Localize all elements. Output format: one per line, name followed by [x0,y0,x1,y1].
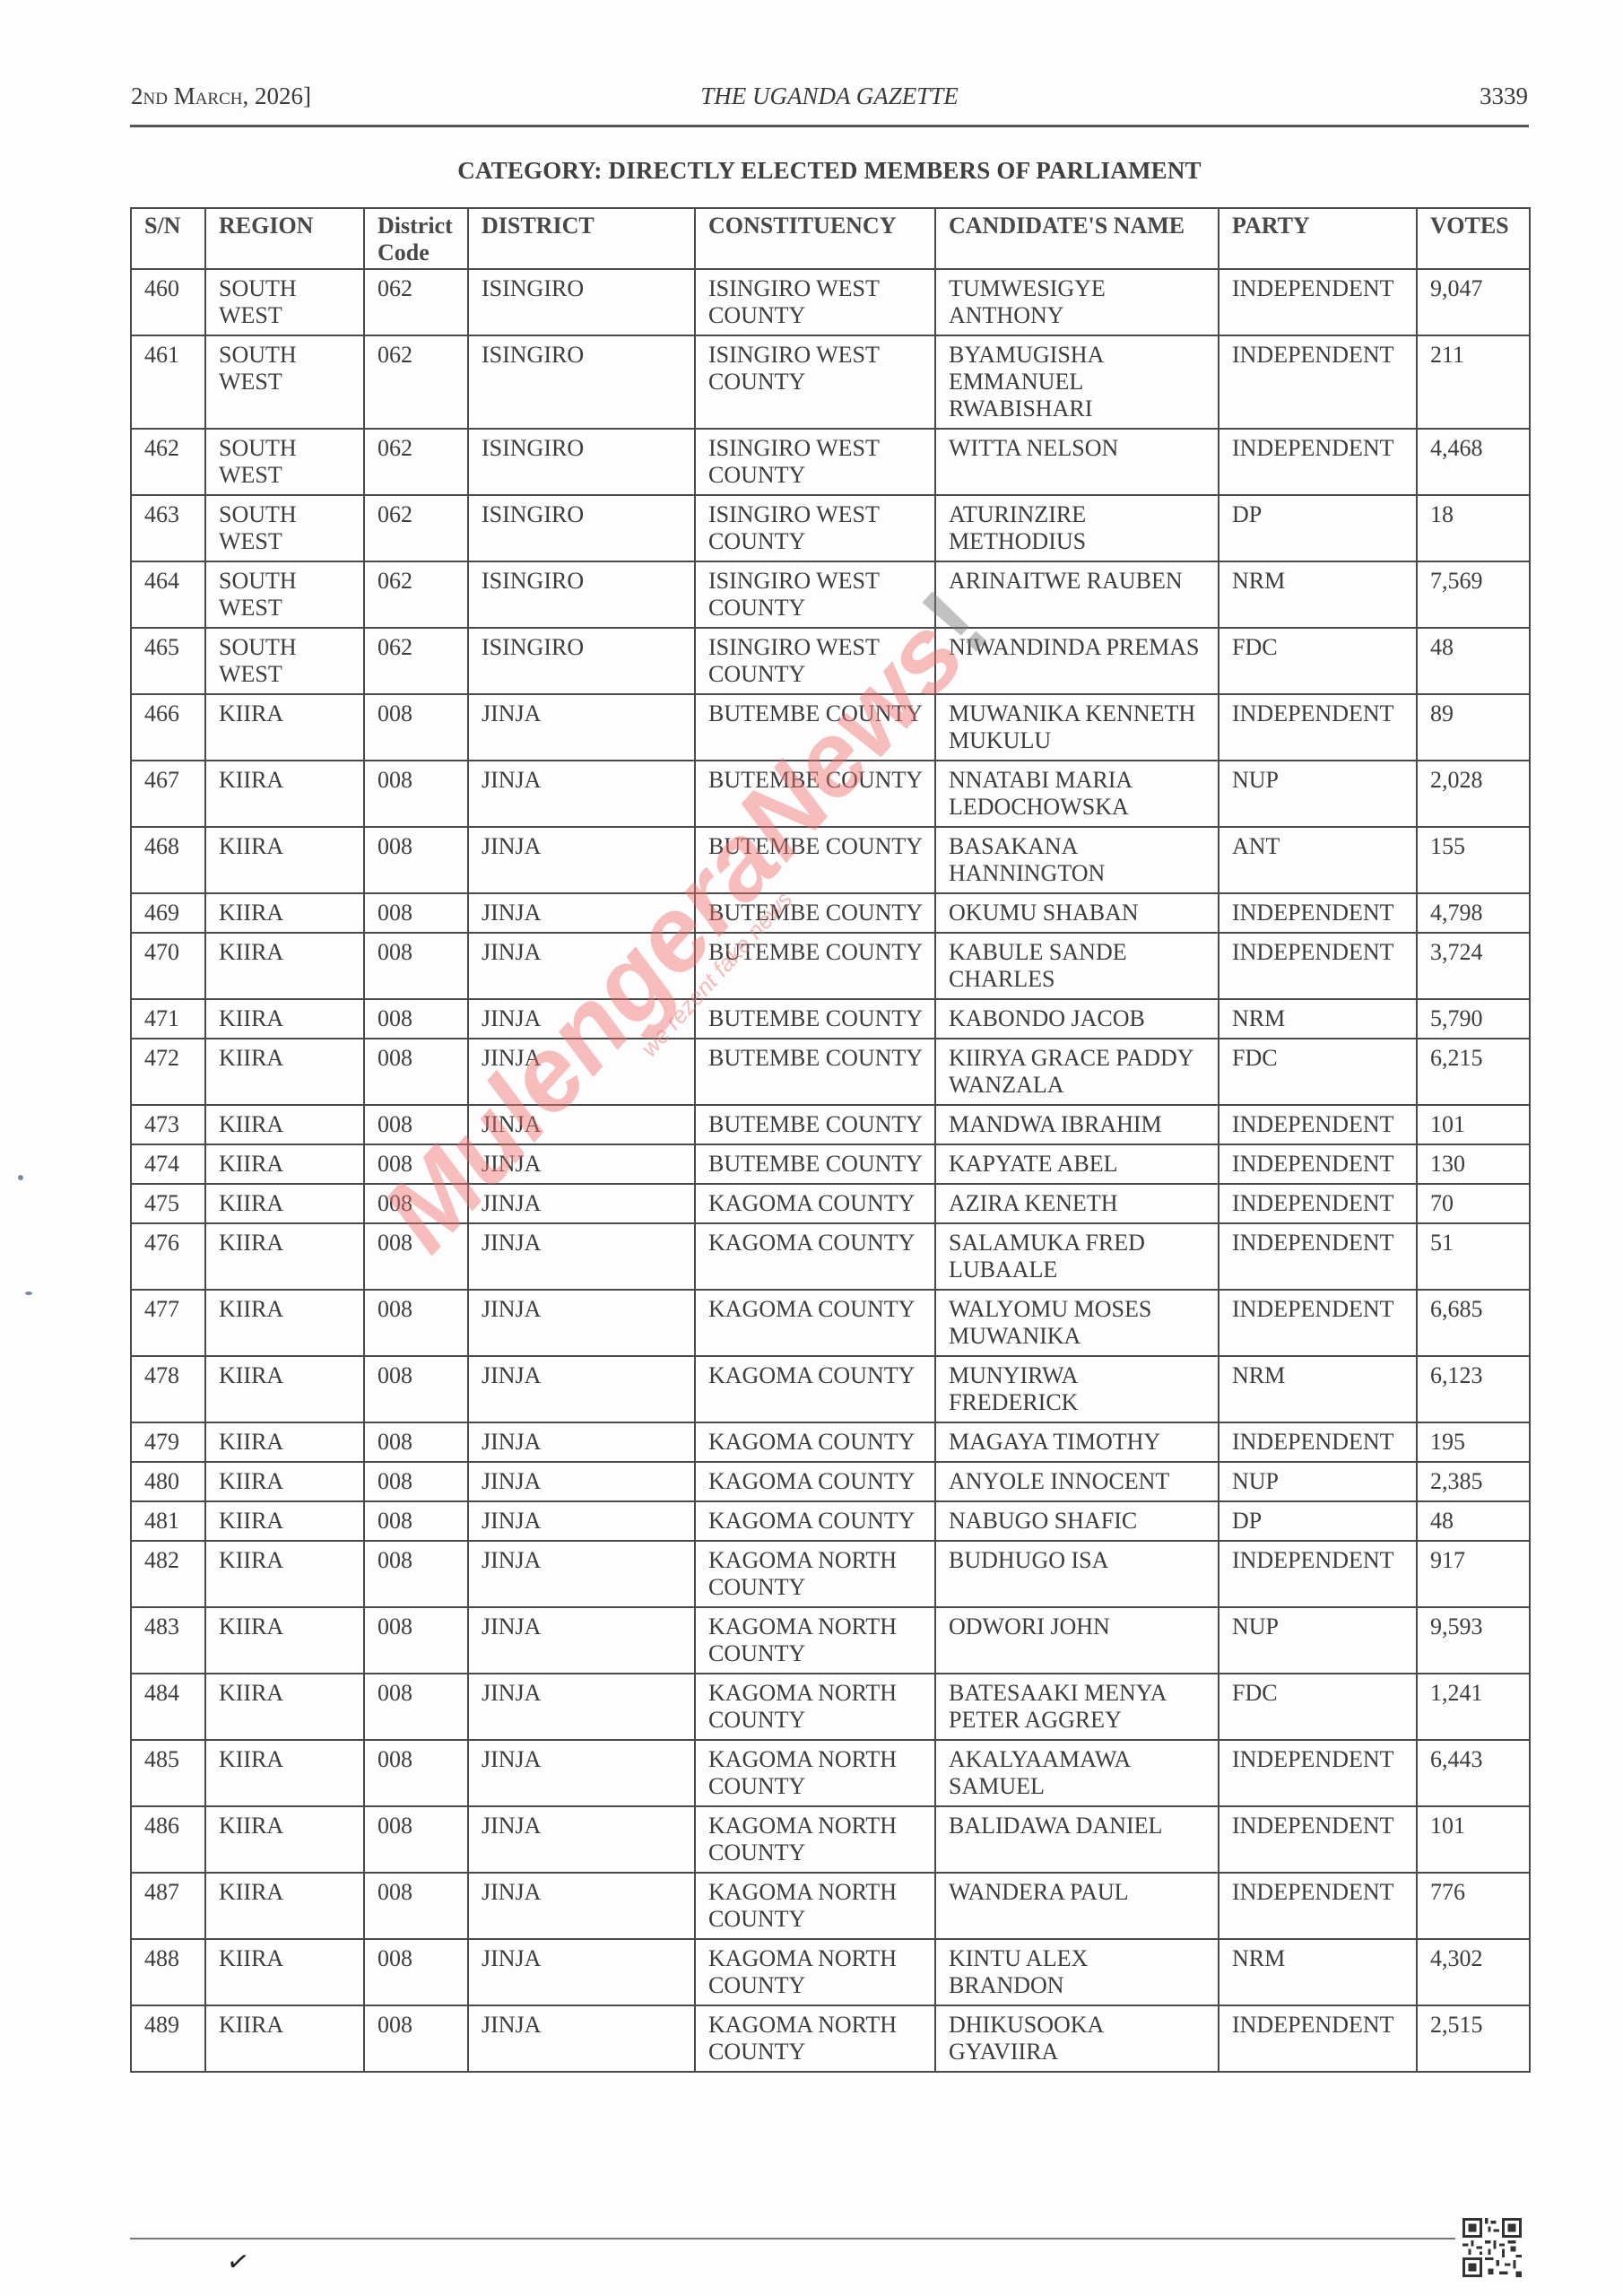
cell-candidate-name: TUMWESIGYE ANTHONY [935,269,1219,335]
cell-sn: 466 [131,694,205,761]
cell-district: JINJA [468,1462,695,1501]
table-row: 472KIIRA008JINJABUTEMBE COUNTYKIIRYA GRA… [131,1039,1530,1105]
cell-constituency: KAGOMA COUNTY [695,1422,935,1462]
table-row: 478KIIRA008JINJAKAGOMA COUNTYMUNYIRWA FR… [131,1356,1530,1422]
cell-candidate-name: ODWORI JOHN [935,1607,1219,1674]
cell-region: KIIRA [205,1541,364,1607]
cell-candidate-name: KINTU ALEX BRANDON [935,1939,1219,2005]
cell-sn: 486 [131,1806,205,1873]
cell-district-code: 008 [364,827,468,893]
cell-district: JINJA [468,1939,695,2005]
cell-votes: 917 [1417,1541,1530,1607]
cell-sn: 463 [131,495,205,561]
cell-region: KIIRA [205,1105,364,1144]
cell-sn: 488 [131,1939,205,2005]
qr-code-icon [1462,2218,1522,2277]
col-header-region: REGION [205,208,364,269]
table-row: 487KIIRA008JINJAKAGOMA NORTH COUNTYWANDE… [131,1873,1530,1939]
cell-district-code: 008 [364,1674,468,1740]
cell-district: JINJA [468,1501,695,1541]
page-number: 3339 [1480,83,1528,110]
cell-region: KIIRA [205,827,364,893]
cell-region: KIIRA [205,1039,364,1105]
table-row: 489KIIRA008JINJAKAGOMA NORTH COUNTYDHIKU… [131,2005,1530,2072]
cell-votes: 101 [1417,1806,1530,1873]
cell-party: INDEPENDENT [1219,2005,1417,2072]
cell-party: INDEPENDENT [1219,1806,1417,1873]
cell-district-code: 008 [364,1422,468,1462]
cell-district-code: 008 [364,1939,468,2005]
table-row: 465SOUTH WEST062ISINGIROISINGIRO WEST CO… [131,628,1530,694]
table-row: 470KIIRA008JINJABUTEMBE COUNTYKABULE SAN… [131,933,1530,999]
cell-votes: 211 [1417,335,1530,429]
cell-region: KIIRA [205,893,364,933]
cell-sn: 482 [131,1541,205,1607]
cell-region: KIIRA [205,2005,364,2072]
cell-votes: 6,685 [1417,1290,1530,1356]
cell-votes: 2,385 [1417,1462,1530,1501]
cell-district-code: 008 [364,1873,468,1939]
cell-constituency: BUTEMBE COUNTY [695,827,935,893]
cell-region: KIIRA [205,1873,364,1939]
table-row: 471KIIRA008JINJABUTEMBE COUNTYKABONDO JA… [131,999,1530,1039]
cell-constituency: BUTEMBE COUNTY [695,761,935,827]
cell-candidate-name: BUDHUGO ISA [935,1541,1219,1607]
cell-district-code: 008 [364,1184,468,1223]
cell-party: INDEPENDENT [1219,933,1417,999]
table-row: 486KIIRA008JINJAKAGOMA NORTH COUNTYBALID… [131,1806,1530,1873]
cell-district: JINJA [468,1356,695,1422]
cell-sn: 460 [131,269,205,335]
cell-votes: 89 [1417,694,1530,761]
cell-candidate-name: NABUGO SHAFIC [935,1501,1219,1541]
table-row: 460SOUTH WEST062ISINGIROISINGIRO WEST CO… [131,269,1530,335]
cell-district: JINJA [468,1607,695,1674]
cell-district-code: 008 [364,933,468,999]
cell-candidate-name: DHIKUSOOKA GYAVIIRA [935,2005,1219,2072]
cell-sn: 483 [131,1607,205,1674]
cell-party: INDEPENDENT [1219,269,1417,335]
cell-constituency: BUTEMBE COUNTY [695,933,935,999]
cell-party: INDEPENDENT [1219,1422,1417,1462]
cell-district: JINJA [468,1806,695,1873]
category-title: CATEGORY: DIRECTLY ELECTED MEMBERS OF PA… [130,157,1529,185]
cell-party: INDEPENDENT [1219,1873,1417,1939]
cell-region: KIIRA [205,1607,364,1674]
cell-region: KIIRA [205,1939,364,2005]
cell-party: INDEPENDENT [1219,1541,1417,1607]
cell-district: JINJA [468,1541,695,1607]
cell-constituency: KAGOMA NORTH COUNTY [695,1541,935,1607]
table-row: 467KIIRA008JINJABUTEMBE COUNTYNNATABI MA… [131,761,1530,827]
cell-region: KIIRA [205,694,364,761]
cell-constituency: ISINGIRO WEST COUNTY [695,628,935,694]
cell-party: DP [1219,495,1417,561]
cell-district-code: 008 [364,1105,468,1144]
cell-region: KIIRA [205,1740,364,1806]
table-row: 481KIIRA008JINJAKAGOMA COUNTYNABUGO SHAF… [131,1501,1530,1541]
cell-sn: 484 [131,1674,205,1740]
cell-district-code: 008 [364,1223,468,1290]
cell-sn: 472 [131,1039,205,1105]
cell-votes: 3,724 [1417,933,1530,999]
cell-region: SOUTH WEST [205,628,364,694]
cell-district: JINJA [468,1873,695,1939]
cell-party: NRM [1219,561,1417,628]
cell-region: KIIRA [205,1144,364,1184]
cell-region: SOUTH WEST [205,269,364,335]
cell-district: JINJA [468,2005,695,2072]
cell-district-code: 008 [364,1607,468,1674]
cell-candidate-name: KABULE SANDE CHARLES [935,933,1219,999]
cell-constituency: KAGOMA COUNTY [695,1290,935,1356]
cell-constituency: KAGOMA NORTH COUNTY [695,1873,935,1939]
cell-sn: 481 [131,1501,205,1541]
cell-district: JINJA [468,1290,695,1356]
cell-votes: 6,443 [1417,1740,1530,1806]
table-row: 483KIIRA008JINJAKAGOMA NORTH COUNTYODWOR… [131,1607,1530,1674]
cell-votes: 48 [1417,1501,1530,1541]
cell-sn: 474 [131,1144,205,1184]
cell-region: SOUTH WEST [205,429,364,495]
cell-sn: 471 [131,999,205,1039]
cell-candidate-name: BALIDAWA DANIEL [935,1806,1219,1873]
table-row: 484KIIRA008JINJAKAGOMA NORTH COUNTYBATES… [131,1674,1530,1740]
cell-constituency: KAGOMA COUNTY [695,1356,935,1422]
cell-region: KIIRA [205,1501,364,1541]
table-row: 468KIIRA008JINJABUTEMBE COUNTYBASAKANA H… [131,827,1530,893]
cell-district-code: 008 [364,1462,468,1501]
cell-district-code: 008 [364,1501,468,1541]
table-row: 461SOUTH WEST062ISINGIROISINGIRO WEST CO… [131,335,1530,429]
cell-sn: 470 [131,933,205,999]
cell-district: ISINGIRO [468,269,695,335]
cell-constituency: BUTEMBE COUNTY [695,1144,935,1184]
cell-votes: 130 [1417,1144,1530,1184]
cell-votes: 5,790 [1417,999,1530,1039]
cell-constituency: KAGOMA NORTH COUNTY [695,1607,935,1674]
cell-district-code: 008 [364,1144,468,1184]
cell-candidate-name: ANYOLE INNOCENT [935,1462,1219,1501]
cell-votes: 6,123 [1417,1356,1530,1422]
cell-constituency: BUTEMBE COUNTY [695,1105,935,1144]
table-row: 473KIIRA008JINJABUTEMBE COUNTYMANDWA IBR… [131,1105,1530,1144]
cell-party: NUP [1219,1607,1417,1674]
cell-constituency: BUTEMBE COUNTY [695,999,935,1039]
cell-votes: 2,515 [1417,2005,1530,2072]
table-row: 466KIIRA008JINJABUTEMBE COUNTYMUWANIKA K… [131,694,1530,761]
cell-district-code: 008 [364,1290,468,1356]
cell-party: NRM [1219,1939,1417,2005]
cell-district: JINJA [468,933,695,999]
cell-district-code: 062 [364,628,468,694]
cell-district: JINJA [468,1223,695,1290]
col-header-sn: S/N [131,208,205,269]
cell-candidate-name: ATURINZIRE METHODIUS [935,495,1219,561]
cell-candidate-name: MUWANIKA KENNETH MUKULU [935,694,1219,761]
cell-region: SOUTH WEST [205,335,364,429]
table-row: 477KIIRA008JINJAKAGOMA COUNTYWALYOMU MOS… [131,1290,1530,1356]
col-header-district: DISTRICT [468,208,695,269]
cell-district: JINJA [468,827,695,893]
cell-votes: 4,798 [1417,893,1530,933]
cell-district-code: 008 [364,761,468,827]
cell-candidate-name: MAGAYA TIMOTHY [935,1422,1219,1462]
scan-artifact [18,1175,23,1180]
cell-party: INDEPENDENT [1219,694,1417,761]
cell-votes: 51 [1417,1223,1530,1290]
cell-district: JINJA [468,1740,695,1806]
footer-rule [130,2238,1455,2239]
cell-constituency: KAGOMA NORTH COUNTY [695,1674,935,1740]
cell-region: KIIRA [205,999,364,1039]
cell-district: ISINGIRO [468,335,695,429]
table-row: 482KIIRA008JINJAKAGOMA NORTH COUNTYBUDHU… [131,1541,1530,1607]
cell-votes: 7,569 [1417,561,1530,628]
cell-votes: 2,028 [1417,761,1530,827]
cell-region: SOUTH WEST [205,495,364,561]
cell-votes: 6,215 [1417,1039,1530,1105]
cell-district: JINJA [468,1105,695,1144]
cell-district: JINJA [468,999,695,1039]
cell-constituency: ISINGIRO WEST COUNTY [695,495,935,561]
cell-candidate-name: WALYOMU MOSES MUWANIKA [935,1290,1219,1356]
cell-candidate-name: MUNYIRWA FREDERICK [935,1356,1219,1422]
table-row: 474KIIRA008JINJABUTEMBE COUNTYKAPYATE AB… [131,1144,1530,1184]
cell-district: JINJA [468,1184,695,1223]
cell-district: ISINGIRO [468,561,695,628]
cell-district: JINJA [468,761,695,827]
cell-sn: 476 [131,1223,205,1290]
results-table: S/N REGION District Code DISTRICT CONSTI… [130,207,1531,2073]
table-row: 462SOUTH WEST062ISINGIROISINGIRO WEST CO… [131,429,1530,495]
table-row: 485KIIRA008JINJAKAGOMA NORTH COUNTYAKALY… [131,1740,1530,1806]
cell-district-code: 008 [364,893,468,933]
cell-constituency: KAGOMA NORTH COUNTY [695,1939,935,2005]
cell-sn: 468 [131,827,205,893]
table-row: 469KIIRA008JINJABUTEMBE COUNTYOKUMU SHAB… [131,893,1530,933]
pen-mark: ✓ [224,2245,252,2280]
cell-sn: 478 [131,1356,205,1422]
cell-party: FDC [1219,628,1417,694]
cell-votes: 48 [1417,628,1530,694]
cell-district-code: 008 [364,1541,468,1607]
cell-sn: 487 [131,1873,205,1939]
cell-candidate-name: AKALYAAMAWA SAMUEL [935,1740,1219,1806]
cell-candidate-name: NNATABI MARIA LEDOCHOWSKA [935,761,1219,827]
cell-constituency: KAGOMA COUNTY [695,1223,935,1290]
cell-votes: 9,047 [1417,269,1530,335]
cell-district-code: 062 [364,429,468,495]
cell-constituency: KAGOMA COUNTY [695,1184,935,1223]
cell-constituency: ISINGIRO WEST COUNTY [695,561,935,628]
cell-sn: 465 [131,628,205,694]
cell-district-code: 062 [364,495,468,561]
cell-party: DP [1219,1501,1417,1541]
cell-district-code: 008 [364,1356,468,1422]
col-header-candidate-name: CANDIDATE'S NAME [935,208,1219,269]
running-head: 2nd March, 2026] THE UGANDA GAZETTE 3339 [131,83,1528,118]
cell-district-code: 062 [364,561,468,628]
cell-candidate-name: MANDWA IBRAHIM [935,1105,1219,1144]
cell-party: INDEPENDENT [1219,1144,1417,1184]
cell-party: INDEPENDENT [1219,335,1417,429]
table-row: 479KIIRA008JINJAKAGOMA COUNTYMAGAYA TIMO… [131,1422,1530,1462]
cell-votes: 1,241 [1417,1674,1530,1740]
cell-party: INDEPENDENT [1219,1290,1417,1356]
cell-votes: 776 [1417,1873,1530,1939]
cell-region: KIIRA [205,1184,364,1223]
cell-region: KIIRA [205,761,364,827]
cell-district-code: 008 [364,694,468,761]
cell-party: INDEPENDENT [1219,1105,1417,1144]
cell-region: KIIRA [205,1462,364,1501]
cell-sn: 485 [131,1740,205,1806]
cell-party: FDC [1219,1039,1417,1105]
cell-party: FDC [1219,1674,1417,1740]
col-header-constituency: CONSTITUENCY [695,208,935,269]
cell-region: KIIRA [205,933,364,999]
cell-sn: 467 [131,761,205,827]
cell-district: ISINGIRO [468,495,695,561]
cell-votes: 18 [1417,495,1530,561]
cell-district-code: 062 [364,335,468,429]
cell-party: INDEPENDENT [1219,1223,1417,1290]
cell-district: JINJA [468,893,695,933]
cell-candidate-name: BYAMUGISHA EMMANUEL RWABISHARI [935,335,1219,429]
table-header-row: S/N REGION District Code DISTRICT CONSTI… [131,208,1530,269]
cell-constituency: ISINGIRO WEST COUNTY [695,429,935,495]
col-header-district-code: District Code [364,208,468,269]
cell-sn: 480 [131,1462,205,1501]
col-header-party: PARTY [1219,208,1417,269]
cell-votes: 155 [1417,827,1530,893]
table-row: 480KIIRA008JINJAKAGOMA COUNTYANYOLE INNO… [131,1462,1530,1501]
cell-constituency: BUTEMBE COUNTY [695,1039,935,1105]
cell-region: KIIRA [205,1806,364,1873]
cell-party: NUP [1219,1462,1417,1501]
results-body: 460SOUTH WEST062ISINGIROISINGIRO WEST CO… [131,269,1530,2072]
cell-district-code: 008 [364,1740,468,1806]
table-row: 464SOUTH WEST062ISINGIROISINGIRO WEST CO… [131,561,1530,628]
cell-candidate-name: AZIRA KENETH [935,1184,1219,1223]
cell-votes: 4,302 [1417,1939,1530,2005]
cell-constituency: KAGOMA NORTH COUNTY [695,1740,935,1806]
cell-region: KIIRA [205,1674,364,1740]
table-row: 476KIIRA008JINJAKAGOMA COUNTYSALAMUKA FR… [131,1223,1530,1290]
cell-votes: 101 [1417,1105,1530,1144]
cell-candidate-name: OKUMU SHABAN [935,893,1219,933]
cell-sn: 475 [131,1184,205,1223]
cell-constituency: ISINGIRO WEST COUNTY [695,269,935,335]
cell-sn: 469 [131,893,205,933]
cell-candidate-name: KIIRYA GRACE PADDY WANZALA [935,1039,1219,1105]
cell-votes: 70 [1417,1184,1530,1223]
cell-district-code: 008 [364,999,468,1039]
cell-constituency: KAGOMA NORTH COUNTY [695,1806,935,1873]
cell-party: NRM [1219,999,1417,1039]
cell-party: NRM [1219,1356,1417,1422]
table-row: 488KIIRA008JINJAKAGOMA NORTH COUNTYKINTU… [131,1939,1530,2005]
cell-party: INDEPENDENT [1219,893,1417,933]
cell-district-code: 008 [364,1806,468,1873]
cell-district-code: 008 [364,1039,468,1105]
cell-district-code: 008 [364,2005,468,2072]
cell-candidate-name: WANDERA PAUL [935,1873,1219,1939]
cell-constituency: KAGOMA COUNTY [695,1501,935,1541]
cell-constituency: BUTEMBE COUNTY [695,893,935,933]
cell-constituency: BUTEMBE COUNTY [695,694,935,761]
cell-sn: 489 [131,2005,205,2072]
cell-region: KIIRA [205,1422,364,1462]
cell-district: JINJA [468,1674,695,1740]
cell-region: KIIRA [205,1356,364,1422]
cell-candidate-name: BASAKANA HANNINGTON [935,827,1219,893]
cell-region: KIIRA [205,1290,364,1356]
cell-district: JINJA [468,1144,695,1184]
cell-votes: 195 [1417,1422,1530,1462]
cell-sn: 473 [131,1105,205,1144]
cell-region: SOUTH WEST [205,561,364,628]
table-row: 475KIIRA008JINJAKAGOMA COUNTYAZIRA KENET… [131,1184,1530,1223]
cell-constituency: KAGOMA COUNTY [695,1462,935,1501]
cell-sn: 462 [131,429,205,495]
cell-party: INDEPENDENT [1219,429,1417,495]
table-row: 463SOUTH WEST062ISINGIROISINGIRO WEST CO… [131,495,1530,561]
col-header-votes: VOTES [1417,208,1530,269]
cell-party: NUP [1219,761,1417,827]
cell-sn: 479 [131,1422,205,1462]
cell-constituency: ISINGIRO WEST COUNTY [695,335,935,429]
cell-party: INDEPENDENT [1219,1740,1417,1806]
publication-title: THE UGANDA GAZETTE [131,83,1528,110]
cell-votes: 9,593 [1417,1607,1530,1674]
cell-candidate-name: KAPYATE ABEL [935,1144,1219,1184]
cell-district: JINJA [468,1422,695,1462]
cell-candidate-name: SALAMUKA FRED LUBAALE [935,1223,1219,1290]
cell-sn: 477 [131,1290,205,1356]
cell-candidate-name: NIWANDINDA PREMAS [935,628,1219,694]
cell-district-code: 062 [364,269,468,335]
cell-district: JINJA [468,694,695,761]
cell-region: KIIRA [205,1223,364,1290]
cell-district: JINJA [468,1039,695,1105]
cell-party: ANT [1219,827,1417,893]
cell-district: ISINGIRO [468,628,695,694]
cell-candidate-name: BATESAAKI MENYA PETER AGGREY [935,1674,1219,1740]
cell-party: INDEPENDENT [1219,1184,1417,1223]
cell-sn: 461 [131,335,205,429]
cell-candidate-name: ARINAITWE RAUBEN [935,561,1219,628]
scan-artifact [25,1291,32,1295]
cell-votes: 4,468 [1417,429,1530,495]
cell-candidate-name: KABONDO JACOB [935,999,1219,1039]
cell-constituency: KAGOMA NORTH COUNTY [695,2005,935,2072]
cell-district: ISINGIRO [468,429,695,495]
header-rule [130,125,1529,127]
cell-sn: 464 [131,561,205,628]
cell-candidate-name: WITTA NELSON [935,429,1219,495]
